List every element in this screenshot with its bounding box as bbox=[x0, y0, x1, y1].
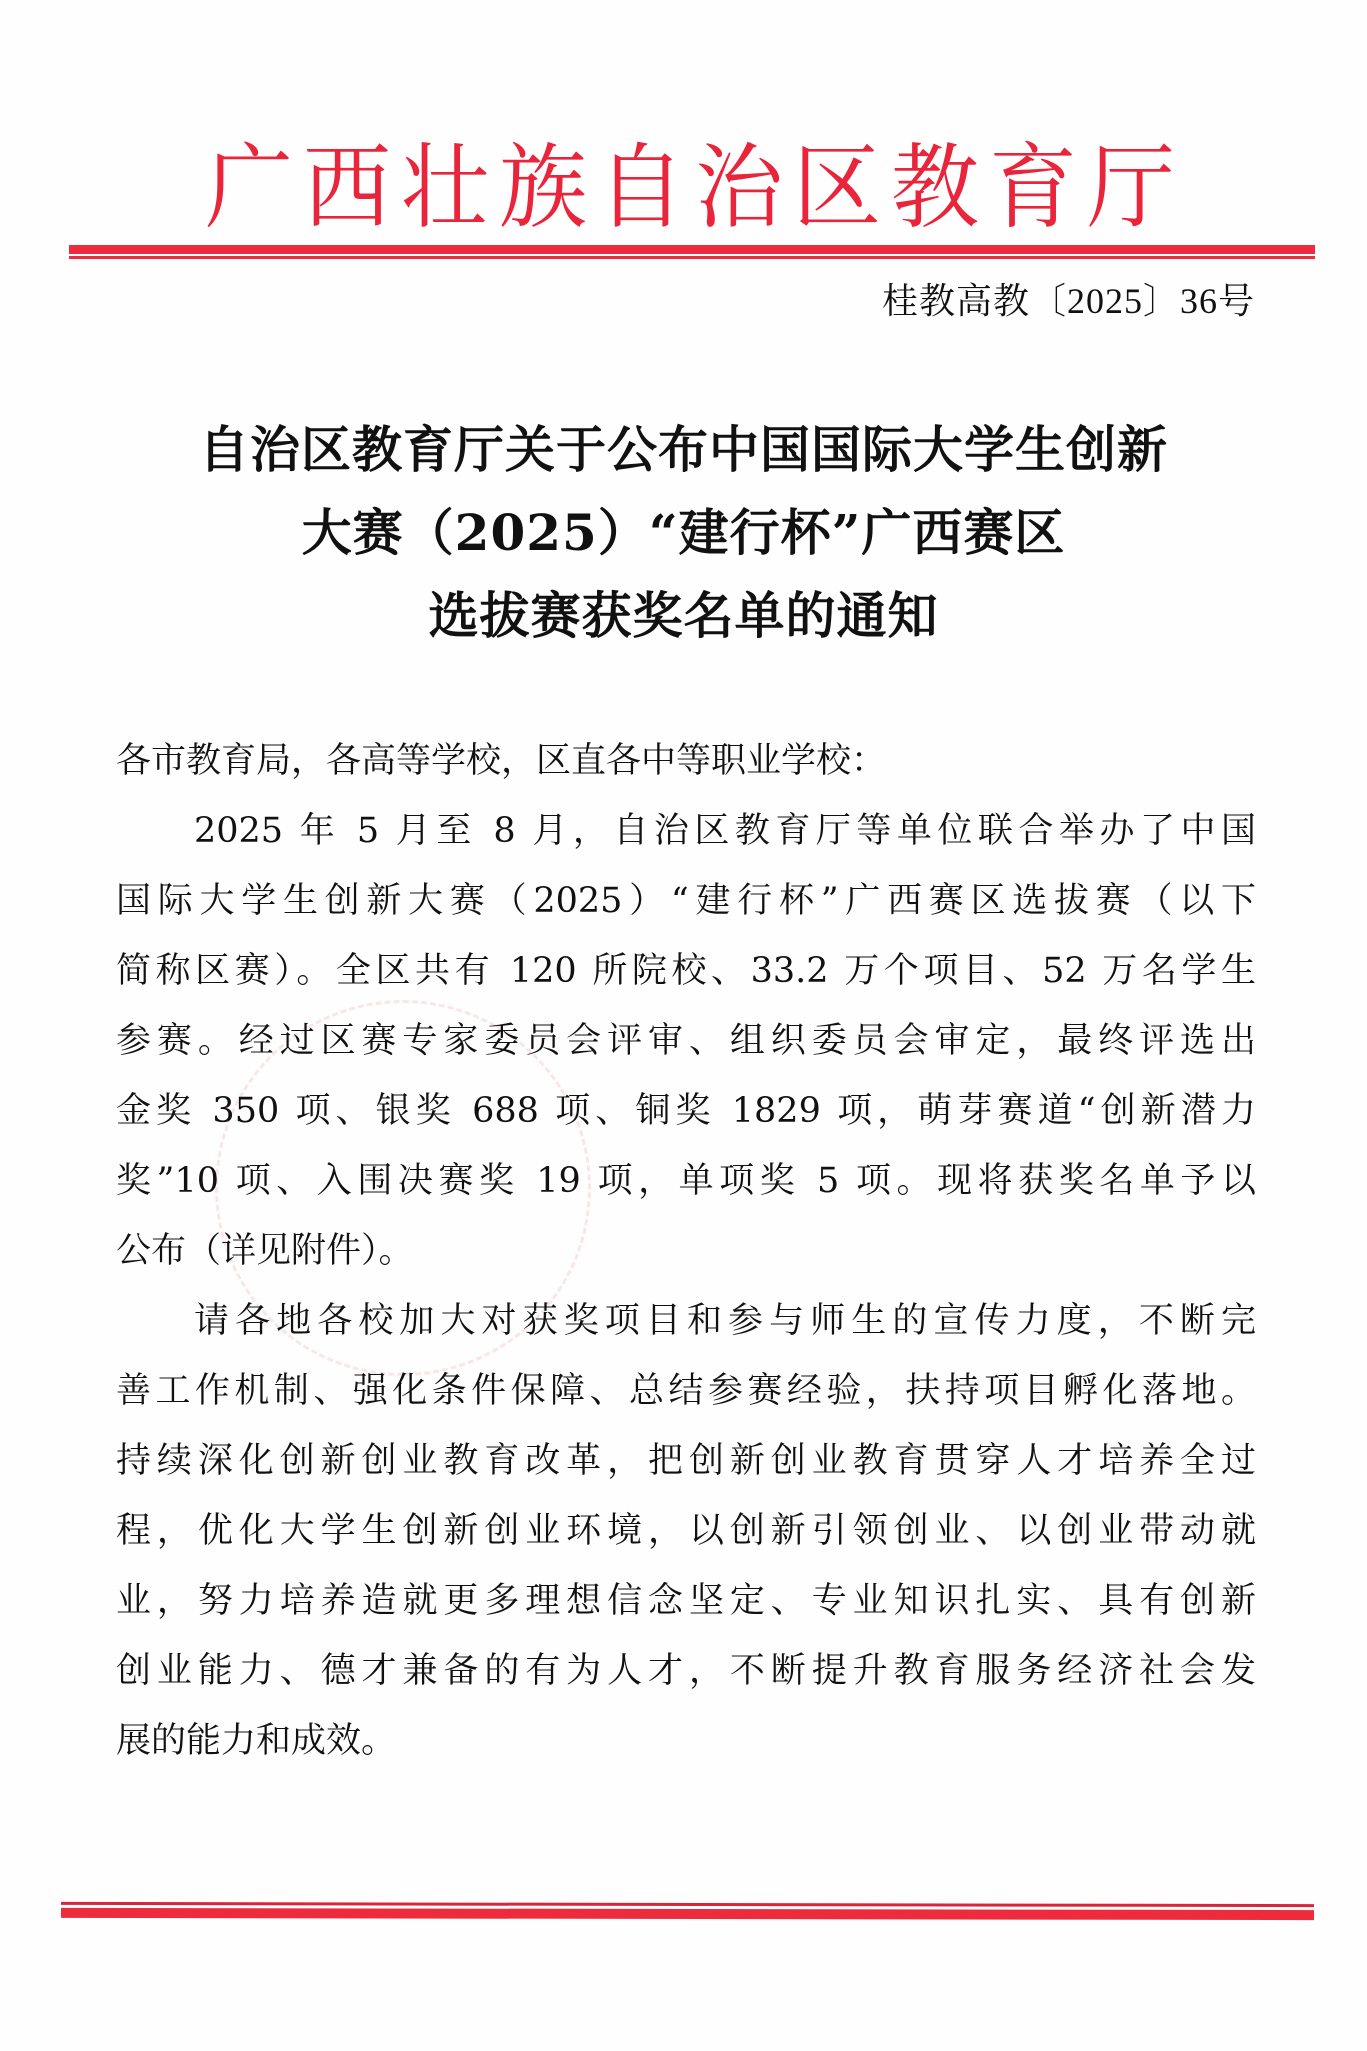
document-title: 自治区教育厅关于公布中国国际大学生创新 大赛（2025）“建行杯”广西赛区 选拔… bbox=[0, 408, 1367, 657]
title-line: 自治区教育厅关于公布中国国际大学生创新 bbox=[0, 408, 1367, 491]
paragraph-2: 请各地各校加大对获奖项目和参与师生的宣传力度，不断完 善工作机制、强化条件保障、… bbox=[116, 1286, 1256, 1776]
body-line: 展的能力和成效。 bbox=[116, 1706, 1256, 1776]
paragraph-1: 2025 年 5 月至 8 月，自治区教育厅等单位联合举办了中国 国际大学生创新… bbox=[116, 796, 1256, 1286]
body-line: 参赛。经过区赛专家委员会评审、组织委员会审定，最终评选出 bbox=[116, 1006, 1256, 1076]
masthead-title: 广 西 壮 族 自 治 区 教 育 厅 bbox=[200, 136, 1180, 241]
body-line: 程，优化大学生创新创业环境，以创新引领创业、以创业带动就 bbox=[116, 1496, 1256, 1566]
title-line: 大赛（2025）“建行杯”广西赛区 bbox=[0, 491, 1367, 574]
masthead-char: 教 bbox=[886, 136, 984, 241]
footer-red-rule bbox=[61, 1902, 1314, 1922]
masthead-char: 治 bbox=[690, 136, 788, 241]
salutation: 各市教育局，各高等学校，区直各中等职业学校： bbox=[116, 726, 1256, 796]
masthead-char: 厅 bbox=[1082, 136, 1180, 241]
masthead-char: 育 bbox=[984, 136, 1082, 241]
masthead-char: 区 bbox=[788, 136, 886, 241]
document-body: 各市教育局，各高等学校，区直各中等职业学校： 2025 年 5 月至 8 月，自… bbox=[116, 726, 1256, 1776]
body-line: 国际大学生创新大赛（2025）“建行杯”广西赛区选拔赛（以下 bbox=[116, 866, 1256, 936]
header-red-rule bbox=[69, 245, 1315, 259]
body-line: 2025 年 5 月至 8 月，自治区教育厅等单位联合举办了中国 bbox=[116, 796, 1256, 866]
body-line: 金奖 350 项、银奖 688 项、铜奖 1829 项，萌芽赛道“创新潜力 bbox=[116, 1076, 1256, 1146]
title-line: 选拔赛获奖名单的通知 bbox=[0, 574, 1367, 657]
document-number: 桂教高教〔2025〕36号 bbox=[882, 276, 1255, 326]
body-line: 简称区赛）。全区共有 120 所院校、33.2 万个项目、52 万名学生 bbox=[116, 936, 1256, 1006]
masthead-char: 西 bbox=[298, 136, 396, 241]
masthead-char: 广 bbox=[200, 136, 298, 241]
body-line: 善工作机制、强化条件保障、总结参赛经验，扶持项目孵化落地。 bbox=[116, 1356, 1256, 1426]
footer-rule-thick bbox=[61, 1908, 1314, 1920]
footer-rule-thin bbox=[61, 1902, 1314, 1907]
body-line: 奖”10 项、入围决赛奖 19 项，单项奖 5 项。现将获奖名单予以 bbox=[116, 1146, 1256, 1216]
masthead-char: 自 bbox=[592, 136, 690, 241]
body-line: 请各地各校加大对获奖项目和参与师生的宣传力度，不断完 bbox=[116, 1286, 1256, 1356]
document-page: 广 西 壮 族 自 治 区 教 育 厅 桂教高教〔2025〕36号 自治区教育厅… bbox=[0, 0, 1367, 2051]
body-line: 公布（详见附件）。 bbox=[116, 1216, 1256, 1286]
body-line: 持续深化创新创业教育改革，把创新创业教育贯穿人才培养全过 bbox=[116, 1426, 1256, 1496]
body-line: 创业能力、德才兼备的有为人才，不断提升教育服务经济社会发 bbox=[116, 1636, 1256, 1706]
header-rule-thin bbox=[69, 256, 1315, 259]
header-rule-thick bbox=[69, 245, 1315, 254]
masthead-char: 族 bbox=[494, 136, 592, 241]
masthead-char: 壮 bbox=[396, 136, 494, 241]
body-line: 业，努力培养造就更多理想信念坚定、专业知识扎实、具有创新 bbox=[116, 1566, 1256, 1636]
